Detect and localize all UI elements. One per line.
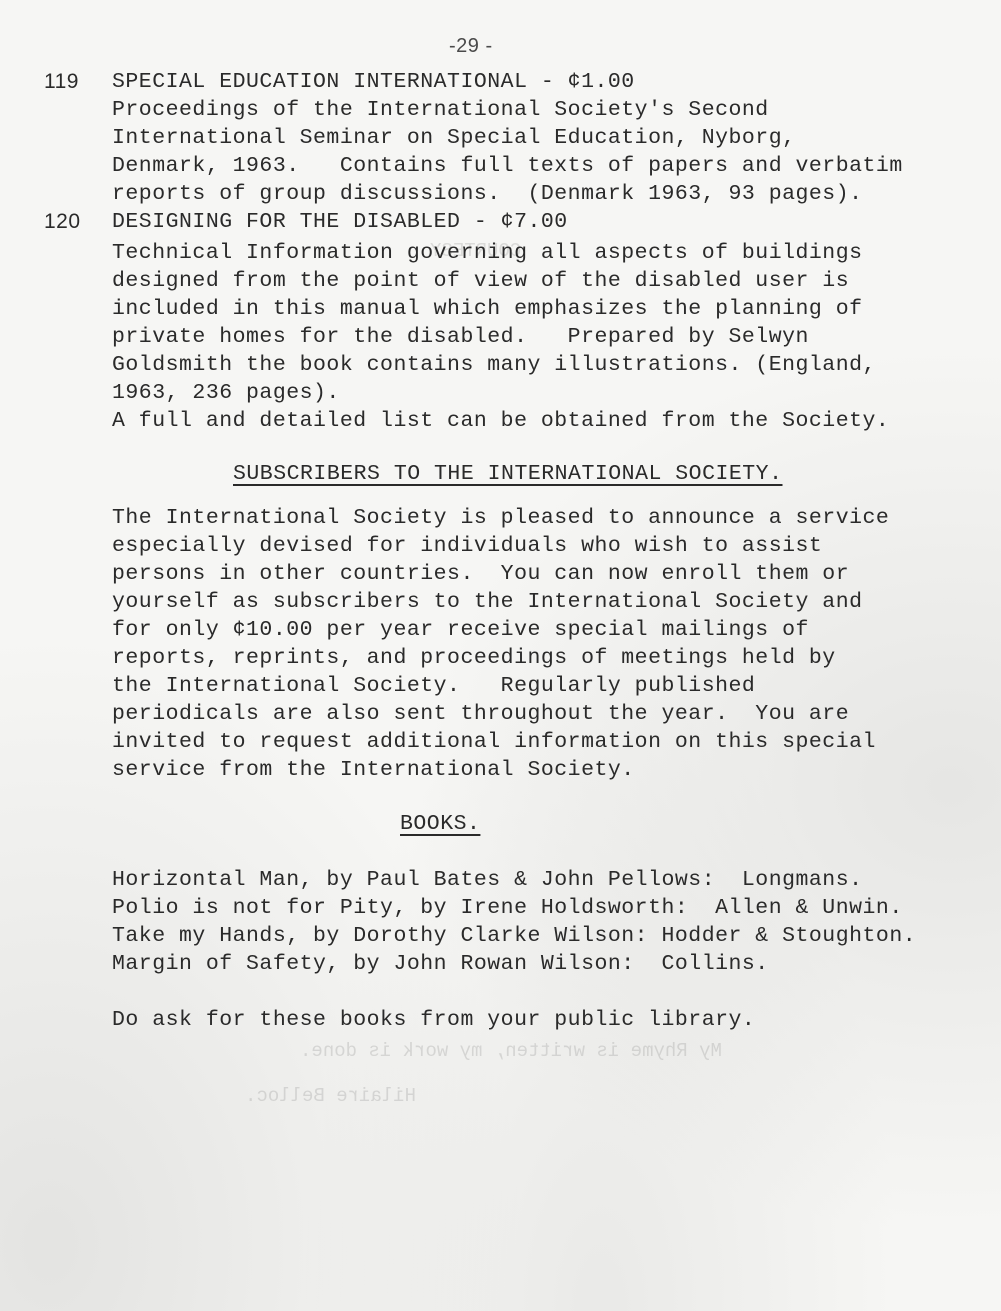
- entry-title: DESIGNING FOR THE DISABLED - ¢7.00: [112, 208, 568, 236]
- entry-number: 120: [44, 208, 81, 236]
- book-list-item: Horizontal Man, by Paul Bates & John Pel…: [112, 866, 863, 894]
- paragraph-line: periodicals are also sent throughout the…: [112, 700, 849, 728]
- entry-line: Technical Information governing all aspe…: [112, 239, 863, 267]
- page-number: -29 -: [449, 32, 493, 60]
- entry-line: Proceedings of the International Society…: [112, 96, 769, 124]
- paragraph-line: The International Society is pleased to …: [112, 504, 889, 532]
- paragraph-line: the International Society. Regularly pub…: [112, 672, 755, 700]
- bleed-through-line: My Rhyme is written, my work is done.: [300, 1040, 722, 1062]
- book-list-item: Margin of Safety, by John Rowan Wilson: …: [112, 950, 769, 978]
- bleed-through-signature: Hilaire Belloc.: [245, 1085, 416, 1107]
- section-heading-books: BOOKS.: [400, 810, 480, 838]
- paragraph-line: service from the International Society.: [112, 756, 635, 784]
- entry-line: designed from the point of view of the d…: [112, 267, 849, 295]
- document-page: COURTESY Hilaire Belloc. My Rhyme is wri…: [0, 0, 1001, 1311]
- entry-line: International Seminar on Special Educati…: [112, 124, 796, 152]
- entry-number: 119: [44, 68, 79, 96]
- full-list-note: A full and detailed list can be obtained…: [112, 407, 889, 435]
- paragraph-line: especially devised for individuals who w…: [112, 532, 822, 560]
- entry-line: included in this manual which emphasizes…: [112, 295, 863, 323]
- paragraph-line: invited to request additional informatio…: [112, 728, 876, 756]
- paragraph-line: reports, reprints, and proceedings of me…: [112, 644, 836, 672]
- entry-line: Denmark, 1963. Contains full texts of pa…: [112, 152, 903, 180]
- entry-line: private homes for the disabled. Prepared…: [112, 323, 809, 351]
- paragraph-line: yourself as subscribers to the Internati…: [112, 588, 863, 616]
- closing-note: Do ask for these books from your public …: [112, 1006, 755, 1034]
- entry-line: 1963, 236 pages).: [112, 379, 340, 407]
- paragraph-line: for only ¢10.00 per year receive special…: [112, 616, 809, 644]
- section-heading-subscribers: SUBSCRIBERS TO THE INTERNATIONAL SOCIETY…: [233, 460, 783, 488]
- book-list-item: Take my Hands, by Dorothy Clarke Wilson:…: [112, 922, 916, 950]
- entry-line: reports of group discussions. (Denmark 1…: [112, 180, 863, 208]
- book-list-item: Polio is not for Pity, by Irene Holdswor…: [112, 894, 903, 922]
- entry-line: Goldsmith the book contains many illustr…: [112, 351, 876, 379]
- entry-title: SPECIAL EDUCATION INTERNATIONAL - ¢1.00: [112, 68, 635, 96]
- paragraph-line: persons in other countries. You can now …: [112, 560, 849, 588]
